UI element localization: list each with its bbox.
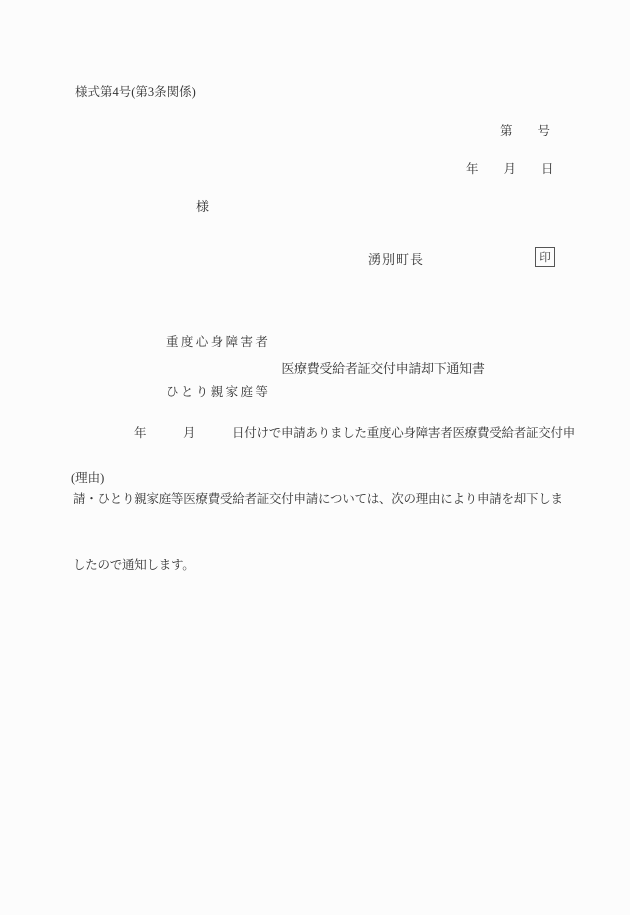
document-page: 様式第4号(第3条関係) 第 号 年 月 日 様 湧別町長 印 重度心身障害者 … [0,0,630,915]
document-title-left-line1: 重度心身障害者 [166,334,270,351]
notice-body-line3: したので通知します。 [73,554,569,576]
notice-body-line2: 請・ひとり親家庭等医療費受給者証交付申請については、次の理由により申請を却下しま [73,488,569,510]
seal-box: 印 [535,247,555,267]
notice-body: 年 月 日付けで申請ありました重度心身障害者医療費受給者証交付申 請・ひとり親家… [73,378,569,620]
issue-date-blank-line: 年 月 日 [466,159,554,177]
notice-body-line1: 年 月 日付けで申請ありました重度心身障害者医療費受給者証交付申 [73,422,569,444]
addressee-honorific: 様 [196,196,209,215]
reason-section-label: (理由) [71,468,104,486]
form-number-label: 様式第4号(第3条関係) [75,82,196,100]
issuer-title: 湧別町長 [368,249,424,268]
seal-mark: 印 [539,249,551,265]
document-title-main: 医療費受給者証交付申請却下通知書 [281,358,484,377]
document-number-blank-line: 第 号 [500,121,550,139]
